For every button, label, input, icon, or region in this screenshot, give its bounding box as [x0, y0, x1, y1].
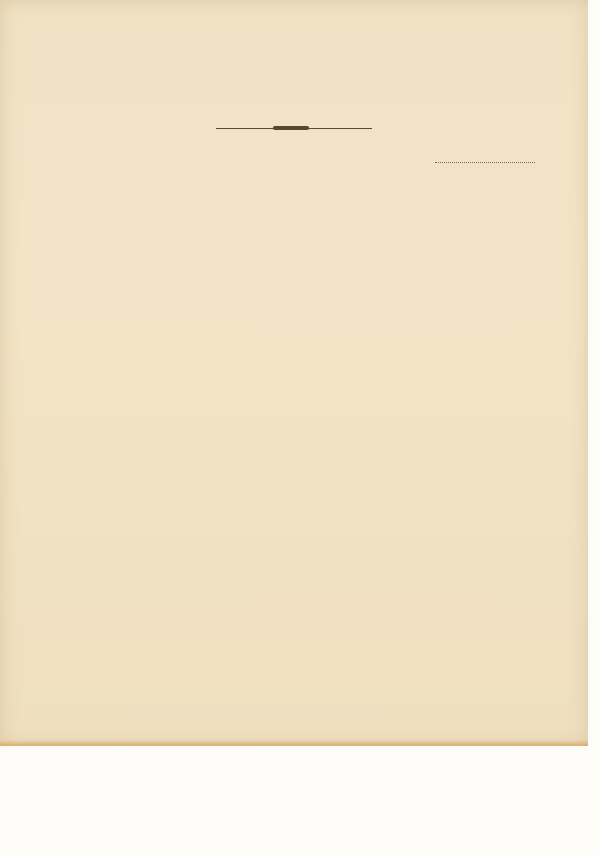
telegram-address — [20, 532, 32, 540]
divider-ornament-icon — [273, 126, 309, 130]
letter-sheet — [0, 0, 588, 746]
date-dotted-line — [435, 162, 535, 163]
